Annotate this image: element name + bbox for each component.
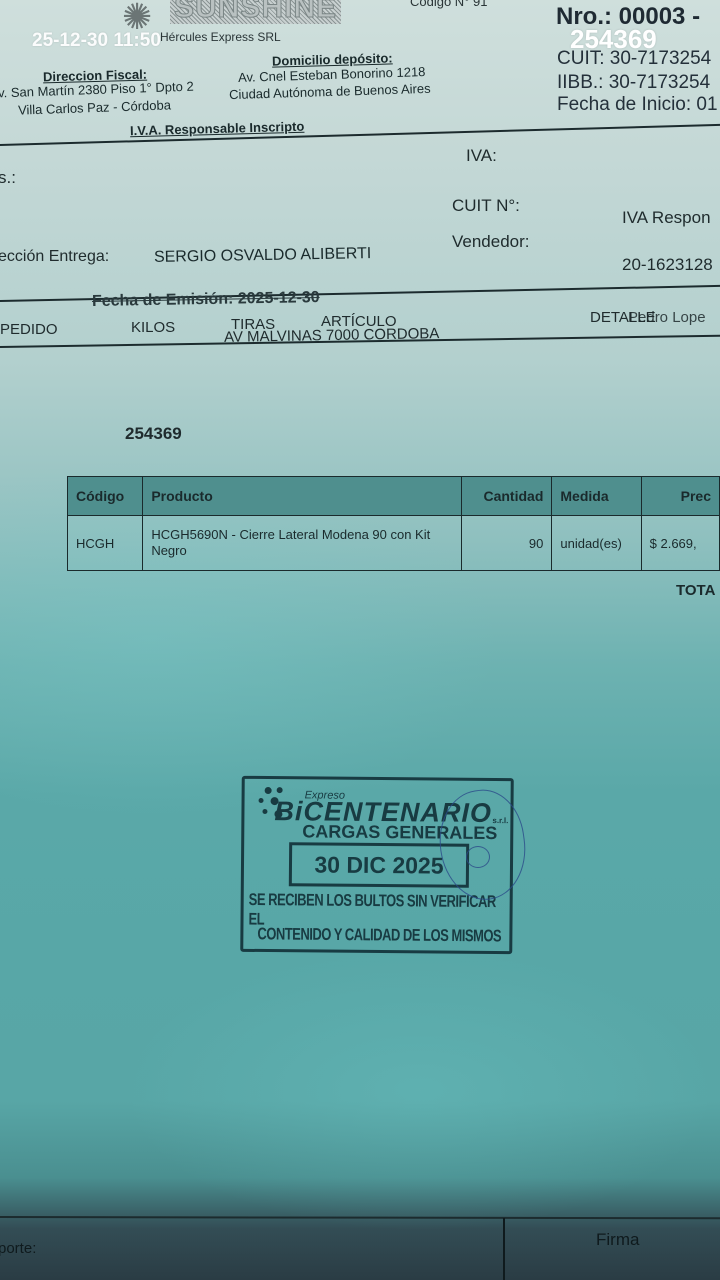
th-codigo: Código — [68, 477, 143, 516]
codigo-number: Código N° 91 — [410, 0, 487, 9]
table-row: HCGH HCGH5690N - Cierre Lateral Modena 9… — [68, 516, 720, 571]
cell-precio: $ 2.669, — [641, 516, 719, 571]
vendedor-name: Pedro Lope — [628, 309, 706, 326]
company-name: Hércules Express SRL — [160, 30, 281, 44]
senor-label: s.: — [0, 168, 16, 188]
order-number: 254369 — [125, 424, 182, 444]
items-table: Código Producto Cantidad Medida Prec HCG… — [67, 476, 720, 571]
direccion-fiscal-line2: Villa Carlos Paz - Córdoba — [18, 97, 171, 117]
th-medida: Medida — [552, 477, 641, 516]
col-kilos: KILOS — [131, 319, 175, 336]
cuit-label: CUIT N°: — [452, 196, 520, 216]
cell-codigo: HCGH — [68, 516, 143, 571]
th-cantidad: Cantidad — [462, 477, 552, 516]
fecha-inicio: Fecha de Inicio: 01 — [557, 94, 718, 116]
firma-label: Firma — [596, 1230, 639, 1250]
th-precio: Prec — [641, 477, 719, 516]
col-pedido: PEDIDO — [0, 321, 58, 338]
vendedor-label: Vendedor: — [452, 232, 530, 252]
table-header-row: Código Producto Cantidad Medida Prec — [68, 477, 720, 516]
pen-signature-loop — [466, 846, 490, 868]
cuit-value: 20-1623128 — [622, 255, 713, 275]
importe-label: porte: — [0, 1240, 36, 1257]
direccion-entrega-label: ección Entrega: — [0, 248, 109, 266]
company-iibb: IIBB.: 30-7173254 — [557, 72, 710, 94]
photo-remito-number: 254369 — [570, 24, 657, 55]
iva-value: IVA Respon — [622, 208, 711, 228]
photo-timestamp: 25-12-30 11:50 — [32, 30, 161, 52]
footer-column-divider — [503, 1218, 505, 1280]
footer-divider — [0, 1216, 720, 1219]
total-label: TOTA — [676, 582, 715, 599]
fecha-emision: Fecha de Emisión: 2025-12-30 — [92, 289, 320, 311]
header-divider — [0, 123, 720, 146]
cell-cantidad: 90 — [462, 516, 552, 571]
th-producto: Producto — [143, 477, 462, 516]
stamp-disclaimer-line2: CONTENIDO Y CALIDAD DE LOS MISMOS — [257, 924, 501, 946]
brand-logo: SUNSHINE — [170, 0, 341, 24]
iva-label: IVA: — [466, 146, 497, 166]
cell-medida: unidad(es) — [552, 516, 641, 571]
client-name: SERGIO OSVALDO ALIBERTI — [154, 245, 372, 267]
cell-producto: HCGH5690N - Cierre Lateral Modena 90 con… — [143, 516, 462, 571]
